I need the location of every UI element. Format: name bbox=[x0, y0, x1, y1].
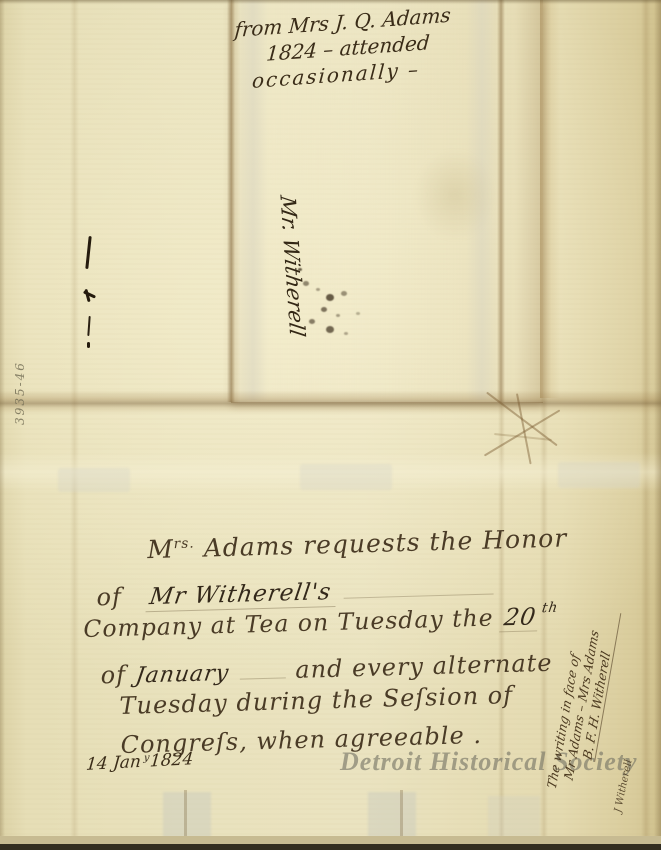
ink-mark-1 bbox=[85, 236, 91, 269]
ink-mark-5 bbox=[87, 342, 90, 348]
handwritten-guest-name: Mr Witherell's bbox=[146, 579, 340, 612]
blank-rule bbox=[343, 565, 494, 599]
invitation-text: Mrs. Adams requests the Honor ofMr Withe… bbox=[81, 523, 587, 771]
catalog-number: 3935-46 bbox=[13, 341, 27, 445]
date-note: 14 Jany1824 bbox=[86, 749, 194, 775]
blank-rule bbox=[239, 648, 286, 679]
fold-crease-left bbox=[227, 0, 235, 402]
paper-edge-left bbox=[0, 0, 5, 850]
tape-patch-1 bbox=[58, 468, 130, 492]
handwritten-ordinal: th bbox=[541, 600, 560, 617]
date-day-month: 14 Jan bbox=[85, 752, 142, 775]
date-year: 1824 bbox=[149, 749, 194, 771]
printed-text: Adams requests the Honor bbox=[194, 523, 567, 562]
handwritten-month: January bbox=[134, 661, 231, 689]
superscript: rs. bbox=[173, 536, 194, 553]
seal-crease-star bbox=[486, 386, 562, 482]
tape-patch-3 bbox=[558, 462, 640, 488]
printed-text: of bbox=[96, 583, 122, 612]
handwritten-day: 20 bbox=[499, 602, 541, 632]
printed-text: of bbox=[100, 661, 126, 690]
printed-text: M bbox=[147, 534, 174, 564]
tape-patch-2 bbox=[300, 464, 392, 490]
paper-edge-top bbox=[0, 0, 661, 4]
ink-showthrough bbox=[415, 150, 495, 240]
paper-edge-right bbox=[654, 0, 661, 850]
ink-mark-4 bbox=[87, 316, 90, 336]
letter-scan: from Mrs J. Q. Adams 1824 – attended occ… bbox=[0, 0, 661, 850]
fold-crease-faint-left bbox=[70, 0, 79, 850]
paper-edge-bottom bbox=[0, 844, 661, 850]
printed-text: and every alternate bbox=[295, 649, 553, 684]
